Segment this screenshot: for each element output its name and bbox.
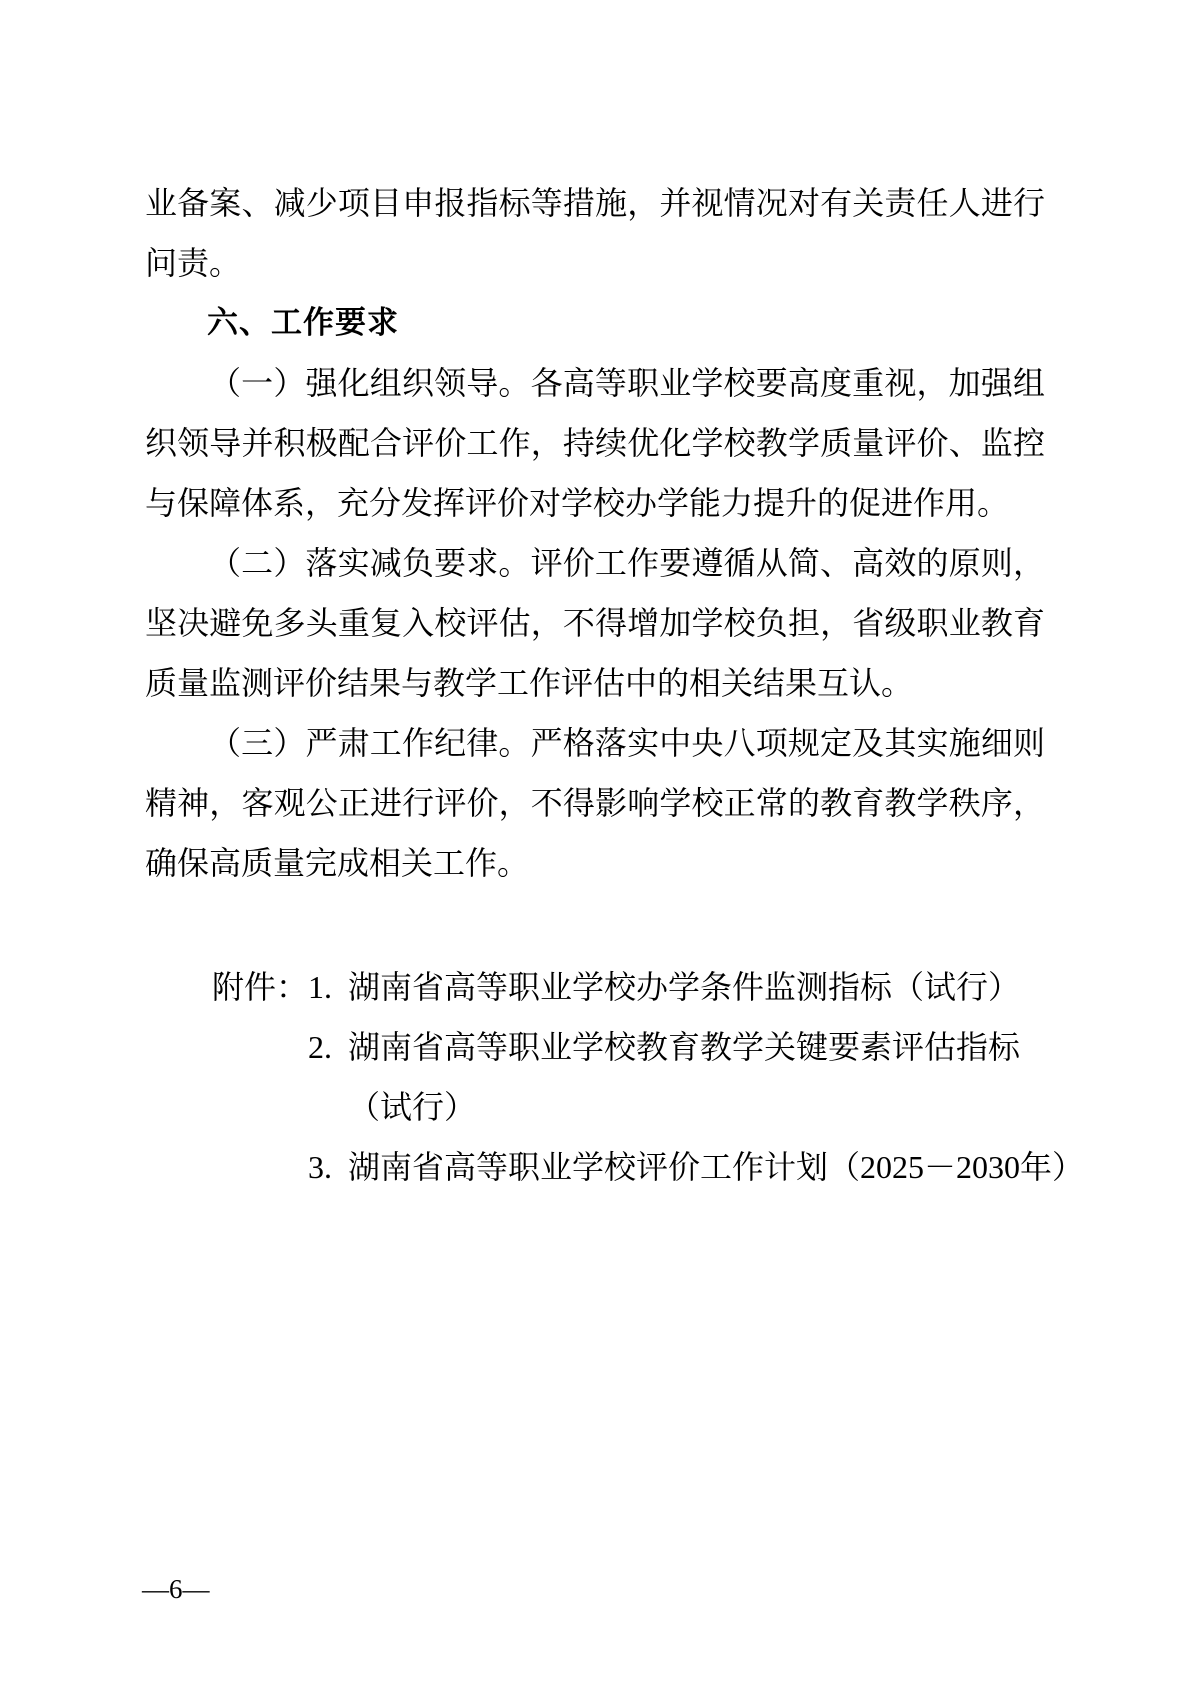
attachment-item-3-line-1: 湖南省高等职业学校评价工作计划（2025－2030年） <box>348 1137 1084 1197</box>
attachment-item-2-line-2: （试行） <box>348 1077 1020 1137</box>
paragraph-3: （三）严肃工作纪律。严格落实中央八项规定及其实施细则精神，客观公正进行评价，不得… <box>145 713 1045 893</box>
attachment-item-2-number: 2. <box>308 1017 348 1137</box>
document-body: 业备案、减少项目申报指标等措施，并视情况对有关责任人进行问责。 六、工作要求 （… <box>145 173 1045 1197</box>
attachment-item-3-number: 3. <box>308 1137 348 1197</box>
section-heading: 六、工作要求 <box>145 293 1045 353</box>
page-number: —6— <box>142 1572 210 1606</box>
paragraph-1-lead: （一）强化组织领导。 <box>209 365 531 401</box>
document-page: 业备案、减少项目申报指标等措施，并视情况对有关责任人进行问责。 六、工作要求 （… <box>0 0 1191 1684</box>
attachment-item-1-line-1: 湖南省高等职业学校办学条件监测指标（试行） <box>348 957 1020 1017</box>
paragraph-2: （二）落实减负要求。评价工作要遵循从简、高效的原则，坚决避免多头重复入校评估，不… <box>145 533 1045 713</box>
attachment-item-3-text: 湖南省高等职业学校评价工作计划（2025－2030年） <box>348 1137 1084 1197</box>
paragraph-continuation: 业备案、减少项目申报指标等措施，并视情况对有关责任人进行问责。 <box>145 173 1045 293</box>
paragraph-3-lead: （三）严肃工作纪律。 <box>209 725 531 761</box>
attachment-item-1-number: 1. <box>308 957 348 1017</box>
attachment-item-3: 3. 湖南省高等职业学校评价工作计划（2025－2030年） <box>308 1137 1084 1197</box>
attachments-label: 附件： <box>212 957 308 1197</box>
paragraph-1: （一）强化组织领导。各高等职业学校要高度重视，加强组织领导并积极配合评价工作，持… <box>145 353 1045 533</box>
paragraph-2-lead: （二）落实减负要求。 <box>209 545 531 581</box>
attachment-item-2-line-1: 湖南省高等职业学校教育教学关键要素评估指标 <box>348 1017 1020 1077</box>
attachment-item-1-text: 湖南省高等职业学校办学条件监测指标（试行） <box>348 957 1020 1017</box>
attachments: 附件： 1. 湖南省高等职业学校办学条件监测指标（试行） 2. 湖南省高等职业学… <box>145 957 1045 1197</box>
attachments-list: 1. 湖南省高等职业学校办学条件监测指标（试行） 2. 湖南省高等职业学校教育教… <box>308 957 1084 1197</box>
attachment-item-2: 2. 湖南省高等职业学校教育教学关键要素评估指标 （试行） <box>308 1017 1084 1137</box>
attachment-item-2-text: 湖南省高等职业学校教育教学关键要素评估指标 （试行） <box>348 1017 1020 1137</box>
attachment-item-1: 1. 湖南省高等职业学校办学条件监测指标（试行） <box>308 957 1084 1017</box>
